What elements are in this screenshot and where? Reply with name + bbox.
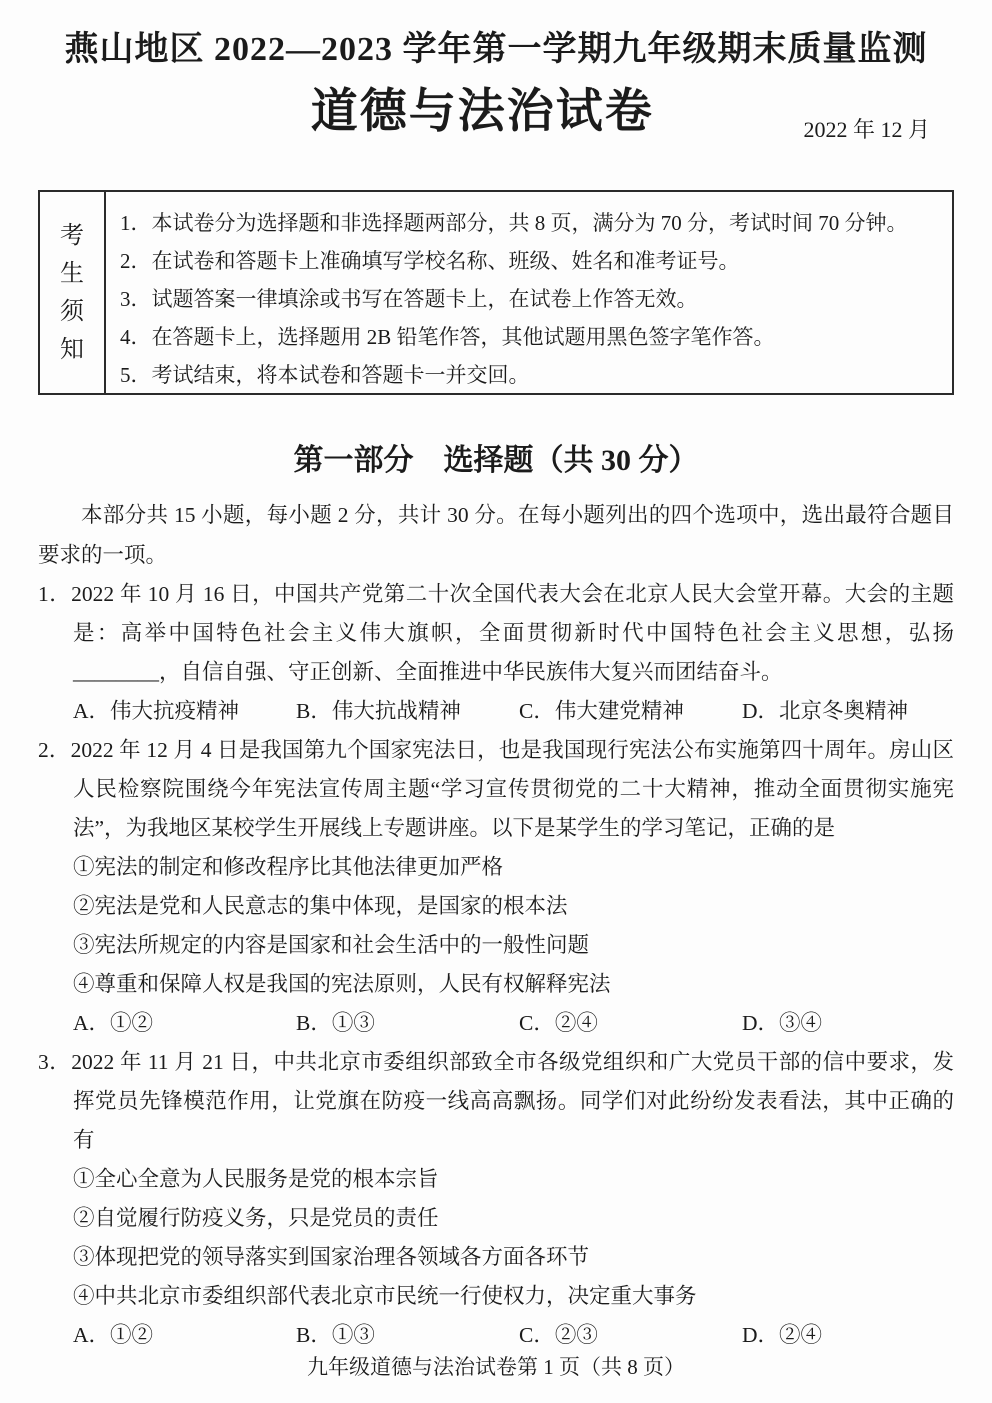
- option-a: A．①②: [73, 1316, 296, 1355]
- question-number: 3．: [38, 1050, 71, 1074]
- option-c: C．伟大建党精神: [519, 692, 742, 731]
- option-b: B．伟大抗战精神: [296, 692, 519, 731]
- title-row: 道德与法治试卷 2022 年 12 月: [38, 78, 954, 152]
- paper-date: 2022 年 12 月: [803, 113, 930, 144]
- notice-label-char: 知: [60, 337, 84, 363]
- options-row: A．伟大抗疫精神 B．伟大抗战精神 C．伟大建党精神 D．北京冬奥精神: [73, 692, 954, 731]
- exam-session-title: 燕山地区 2022—2023 学年第一学期九年级期末质量监测: [38, 26, 954, 74]
- question-number: 2．: [38, 738, 71, 762]
- options-row: A．①② B．①③ C．②④ D．③④: [73, 1004, 954, 1043]
- question-body: A．伟大抗疫精神 B．伟大抗战精神 C．伟大建党精神 D．北京冬奥精神: [38, 692, 954, 731]
- paper-title: 道德与法治试卷: [311, 78, 654, 146]
- question-subitem: ①宪法的制定和修改程序比其他法律更加严格: [73, 848, 954, 887]
- option-d: D．北京冬奥精神: [742, 692, 954, 731]
- section-title: 第一部分 选择题（共 30 分）: [38, 439, 954, 483]
- option-d: D．③④: [742, 1004, 954, 1043]
- page-footer: 九年级道德与法治试卷第 1 页（共 8 页）: [0, 1351, 992, 1381]
- question-body: ①全心全意为人民服务是党的根本宗旨 ②自觉履行防疫义务，只是党员的责任 ③体现把…: [38, 1160, 954, 1355]
- question-text: 2022 年 10 月 16 日，中国共产党第二十次全国代表大会在北京人民大会堂…: [71, 582, 954, 684]
- option-b: B．①③: [296, 1316, 519, 1355]
- section-intro: 本部分共 15 小题，每小题 2 分，共计 30 分。在每小题列出的四个选项中，…: [38, 495, 954, 575]
- notice-item: 4．在答题卡上，选择题用 2B 铅笔作答，其他试题用黑色签字笔作答。: [120, 318, 944, 356]
- question-stem: 1．2022 年 10 月 16 日，中国共产党第二十次全国代表大会在北京人民大…: [38, 575, 954, 692]
- notice-label-char: 须: [60, 299, 84, 325]
- question-subitem: ①全心全意为人民服务是党的根本宗旨: [73, 1160, 954, 1199]
- notice-item: 2．在试卷和答题卡上准确填写学校名称、班级、姓名和准考证号。: [120, 242, 944, 280]
- option-a: A．伟大抗疫精神: [73, 692, 296, 731]
- candidate-notice-box: 考 生 须 知 1．本试卷分为选择题和非选择题两部分，共 8 页，满分为 70 …: [38, 190, 954, 395]
- question-subitem: ④中共北京市委组织部代表北京市民统一行使权力，决定重大事务: [73, 1277, 954, 1316]
- question-1: 1．2022 年 10 月 16 日，中国共产党第二十次全国代表大会在北京人民大…: [38, 575, 954, 731]
- notice-label: 考 生 须 知: [60, 223, 84, 363]
- notice-item: 1．本试卷分为选择题和非选择题两部分，共 8 页，满分为 70 分，考试时间 7…: [120, 204, 944, 242]
- question-subitem: ③宪法所规定的内容是国家和社会生活中的一般性问题: [73, 926, 954, 965]
- question-body: ①宪法的制定和修改程序比其他法律更加严格 ②宪法是党和人民意志的集中体现，是国家…: [38, 848, 954, 1043]
- option-b: B．①③: [296, 1004, 519, 1043]
- notice-label-cell: 考 生 须 知: [40, 192, 106, 393]
- exam-page: 燕山地区 2022—2023 学年第一学期九年级期末质量监测 道德与法治试卷 2…: [0, 0, 992, 1403]
- notice-label-char: 考: [60, 223, 84, 249]
- options-row: A．①② B．①③ C．②③ D．②④: [73, 1316, 954, 1355]
- question-subitem: ③体现把党的领导落实到国家治理各领域各方面各环节: [73, 1238, 954, 1277]
- notice-items: 1．本试卷分为选择题和非选择题两部分，共 8 页，满分为 70 分，考试时间 7…: [106, 192, 952, 393]
- option-a: A．①②: [73, 1004, 296, 1043]
- question-stem: 3．2022 年 11 月 21 日，中共北京市委组织部致全市各级党组织和广大党…: [38, 1043, 954, 1160]
- notice-label-char: 生: [60, 261, 84, 287]
- option-c: C．②④: [519, 1004, 742, 1043]
- notice-item: 3．试题答案一律填涂或书写在答题卡上，在试卷上作答无效。: [120, 280, 944, 318]
- question-text: 2022 年 12 月 4 日是我国第九个国家宪法日，也是我国现行宪法公布实施第…: [71, 738, 954, 840]
- question-subitem: ②宪法是党和人民意志的集中体现，是国家的根本法: [73, 887, 954, 926]
- question-subitem: ④尊重和保障人权是我国的宪法原则，人民有权解释宪法: [73, 965, 954, 1004]
- question-3: 3．2022 年 11 月 21 日，中共北京市委组织部致全市各级党组织和广大党…: [38, 1043, 954, 1355]
- question-stem: 2．2022 年 12 月 4 日是我国第九个国家宪法日，也是我国现行宪法公布实…: [38, 731, 954, 848]
- question-2: 2．2022 年 12 月 4 日是我国第九个国家宪法日，也是我国现行宪法公布实…: [38, 731, 954, 1043]
- question-number: 1．: [38, 582, 71, 606]
- notice-item: 5．考试结束，将本试卷和答题卡一并交回。: [120, 356, 944, 394]
- question-text: 2022 年 11 月 21 日，中共北京市委组织部致全市各级党组织和广大党员干…: [71, 1050, 954, 1152]
- option-c: C．②③: [519, 1316, 742, 1355]
- option-d: D．②④: [742, 1316, 954, 1355]
- question-subitem: ②自觉履行防疫义务，只是党员的责任: [73, 1199, 954, 1238]
